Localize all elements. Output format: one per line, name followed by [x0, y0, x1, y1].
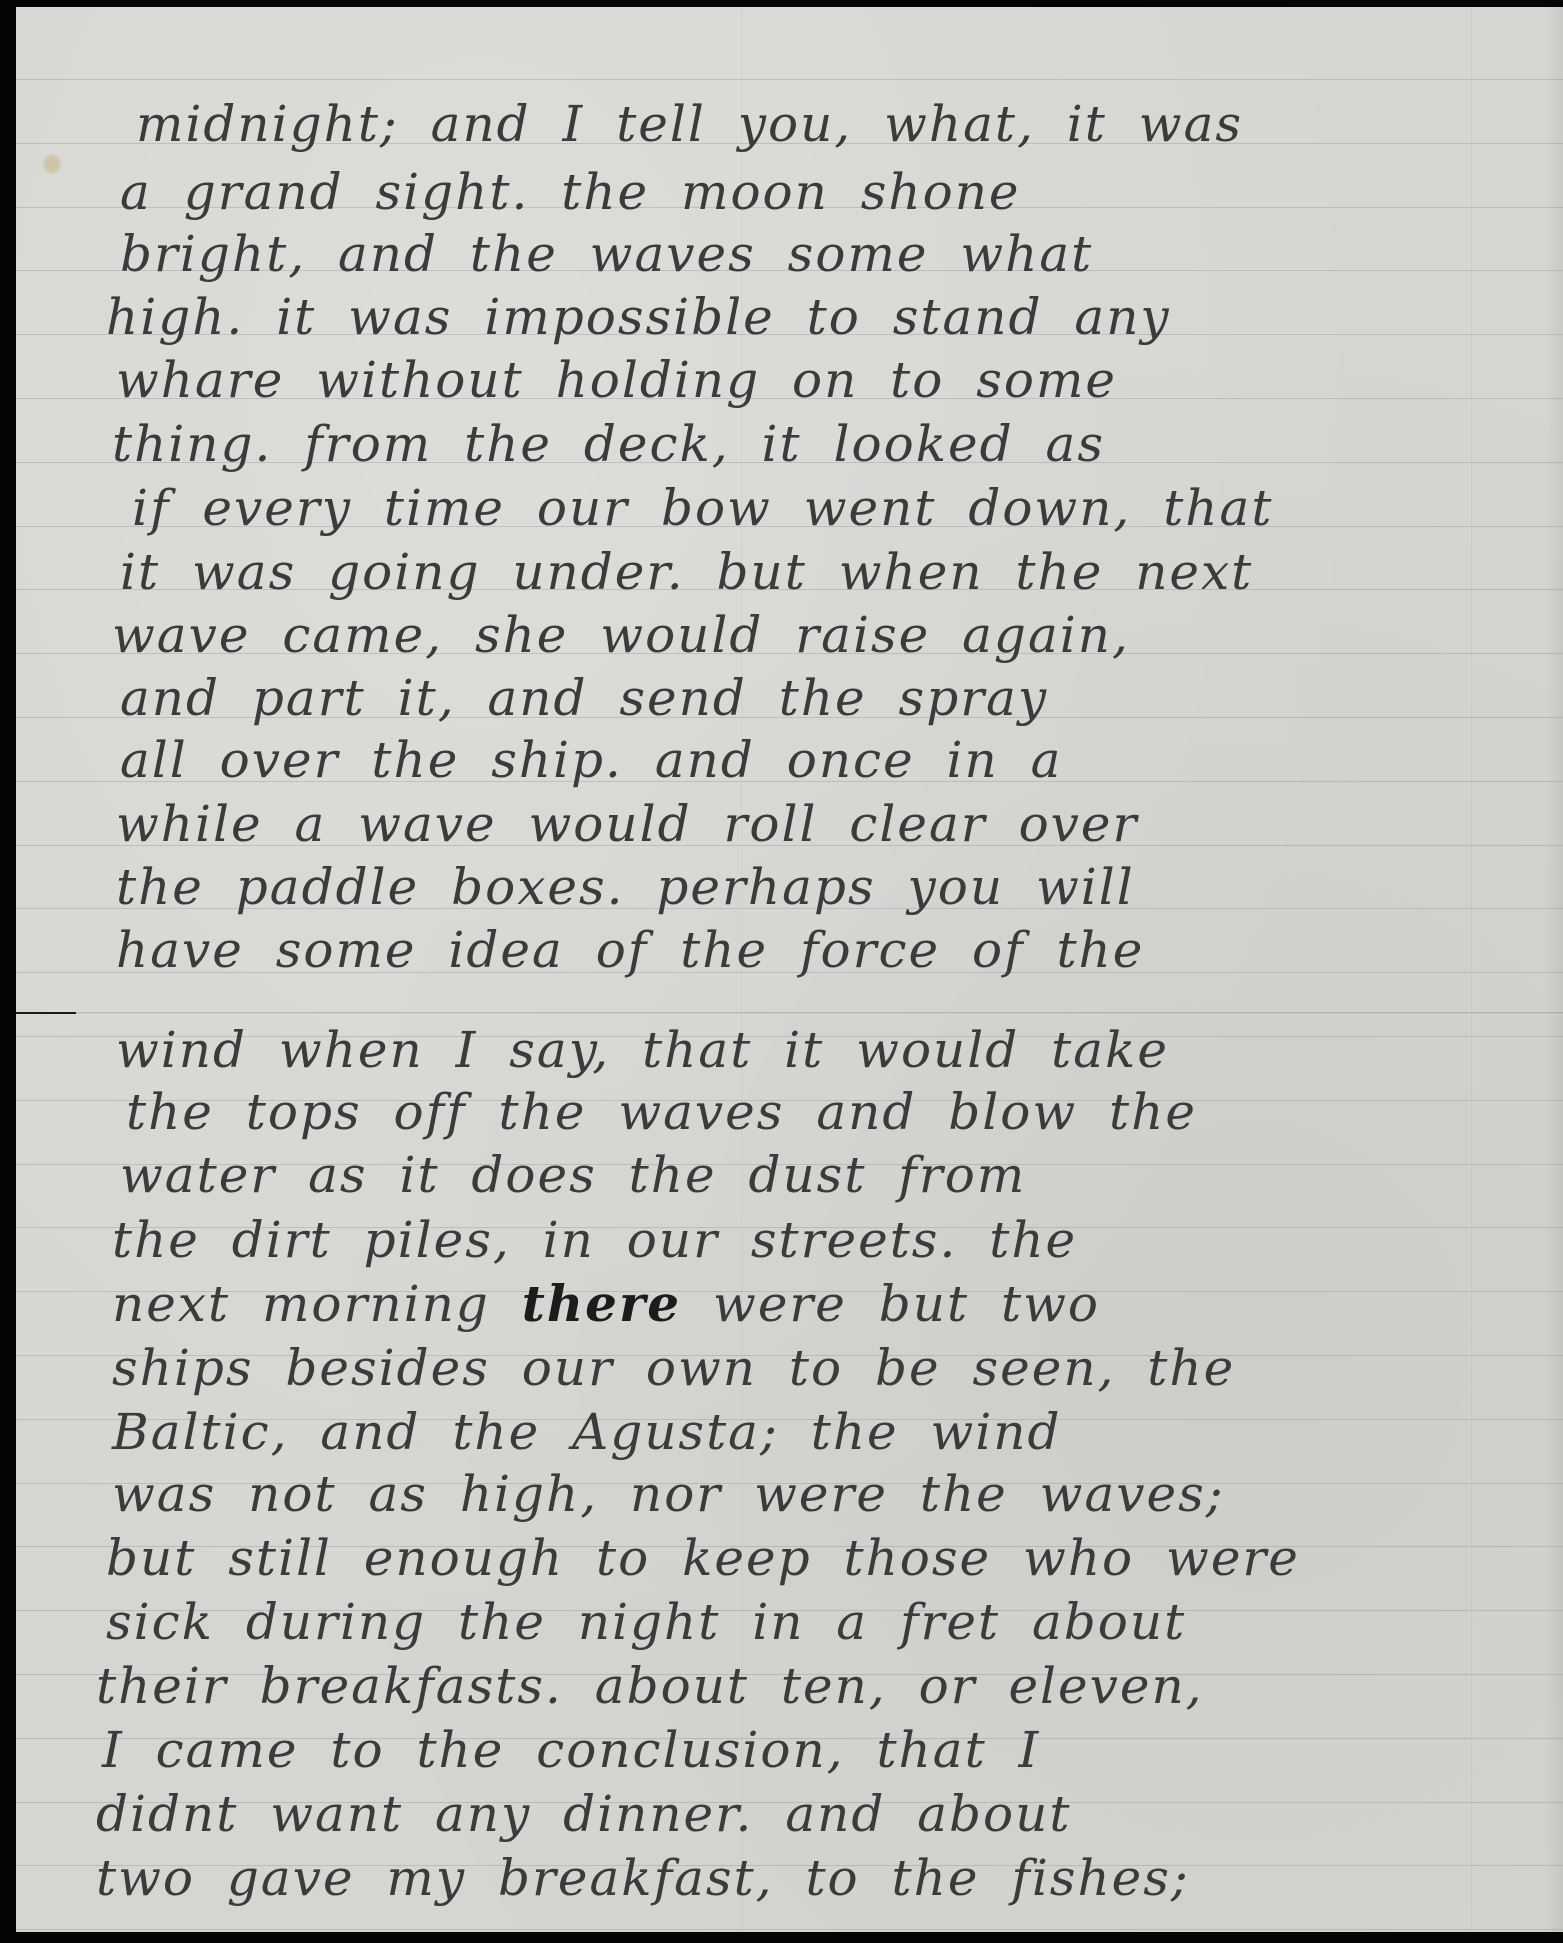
- text-line-23: but still enough to keep those who were: [106, 1533, 1300, 1583]
- horizontal-fold-crease: [16, 1012, 1563, 1015]
- ruled-line: [16, 1929, 1563, 1930]
- text-line-15: wind when I say, that it would take: [116, 1025, 1169, 1075]
- text-line-2: a grand sight. the moon shone: [120, 167, 1021, 217]
- text-line-25: their breakfasts. about ten, or eleven,: [96, 1661, 1204, 1711]
- vertical-fold-crease-right: [1470, 7, 1473, 1932]
- text-line-7: if every time our bow went down, that: [132, 483, 1273, 533]
- text-line-17: water as it does the dust from: [120, 1150, 1026, 1200]
- paper-stain: [44, 155, 60, 173]
- text-line-27: didnt want any dinner. and about: [96, 1789, 1071, 1839]
- text-line-19-start: next morning: [112, 1275, 522, 1333]
- text-line-18: the dirt piles, in our streets. the: [112, 1215, 1077, 1265]
- text-line-26: I came to the conclusion, that I: [102, 1725, 1040, 1775]
- text-line-28: two gave my breakfast, to the fishes;: [96, 1853, 1190, 1903]
- letter-page: midnight; and I tell you, what, it was a…: [16, 7, 1563, 1932]
- text-line-1: midnight; and I tell you, what, it was: [136, 99, 1243, 149]
- text-line-13: the paddle boxes. perhaps you will: [116, 862, 1135, 912]
- text-line-16: the tops off the waves and blow the: [126, 1087, 1197, 1137]
- text-line-22: was not as high, nor were the waves;: [112, 1469, 1225, 1519]
- scan-border-bottom: [0, 1932, 1563, 1943]
- ruled-line: [16, 79, 1563, 80]
- overwritten-word: there: [522, 1274, 681, 1333]
- fold-tear-mark: [16, 1012, 76, 1014]
- text-line-19: next morning there were but two: [112, 1279, 1100, 1329]
- page-edge-shadow: [1545, 7, 1563, 1932]
- text-line-12: while a wave would roll clear over: [116, 799, 1138, 849]
- text-line-14: have some idea of the force of the: [116, 925, 1144, 975]
- text-line-6: thing. from the deck, it looked as: [112, 419, 1105, 469]
- text-line-10: and part it, and send the spray: [120, 673, 1048, 723]
- text-line-11: all over the ship. and once in a: [120, 735, 1062, 785]
- text-line-19-end: were but two: [681, 1275, 1100, 1333]
- text-line-9: wave came, she would raise again,: [112, 610, 1130, 660]
- text-line-5: whare without holding on to some: [116, 355, 1117, 405]
- text-line-8: it was going under. but when the next: [120, 547, 1253, 597]
- text-line-20: ships besides our own to be seen, the: [112, 1343, 1235, 1393]
- text-line-21: Baltic, and the Agusta; the wind: [112, 1407, 1062, 1457]
- text-line-4: high. it was impossible to stand any: [106, 292, 1171, 342]
- text-line-24: sick during the night in a fret about: [106, 1597, 1186, 1647]
- text-line-3: bright, and the waves some what: [120, 229, 1093, 279]
